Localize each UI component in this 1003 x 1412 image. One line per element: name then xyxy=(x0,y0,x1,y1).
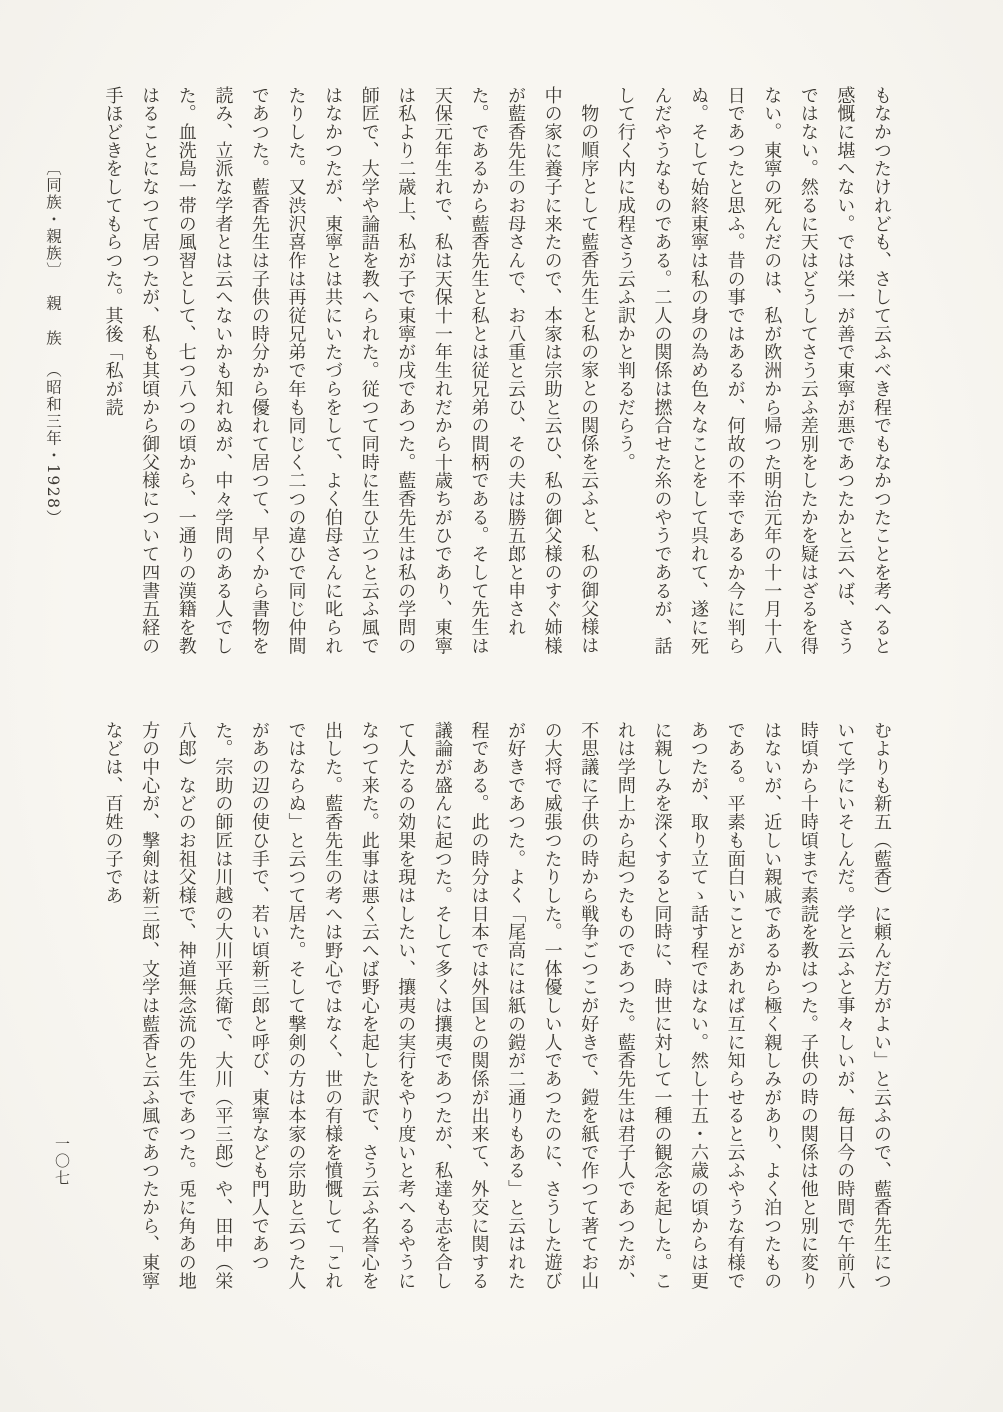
lower-text-block: むよりも新五（藍香）に頼んだ方がよい」と云ふので、藍香先生について学にいそしんだ… xyxy=(87,721,899,1293)
scanned-book-page: 〔同族・親族〕親 族（昭和三年・1928） もなかつたけれども、さして云ふべき程… xyxy=(0,0,1003,1412)
page-number: 一〇七 xyxy=(52,1136,73,1187)
margin-section-label: 〔同族・親族〕親 族（昭和三年・1928） xyxy=(42,160,64,490)
lower-paragraph-continuation: むよりも新五（藍香）に頼んだ方がよい」と云ふので、藍香先生について学にいそしんだ… xyxy=(94,721,899,1293)
upper-paragraph-new: 物の順序として藍香先生と私の家との関係を云ふと、私の御父様は中の家に養子に来たの… xyxy=(94,86,606,658)
upper-text-block: もなかつたけれども、さして云ふべき程でもなかつたことを考へると感慨に堪へない。で… xyxy=(87,86,899,658)
margin-section-date: （昭和三年・1928） xyxy=(44,362,62,526)
upper-paragraph-continuation: もなかつたけれども、さして云ふべき程でもなかつたことを考へると感慨に堪へない。で… xyxy=(606,86,899,658)
margin-section-title: 親 族 xyxy=(44,295,62,348)
margin-bracket-title: 〔同族・親族〕 xyxy=(44,160,62,279)
